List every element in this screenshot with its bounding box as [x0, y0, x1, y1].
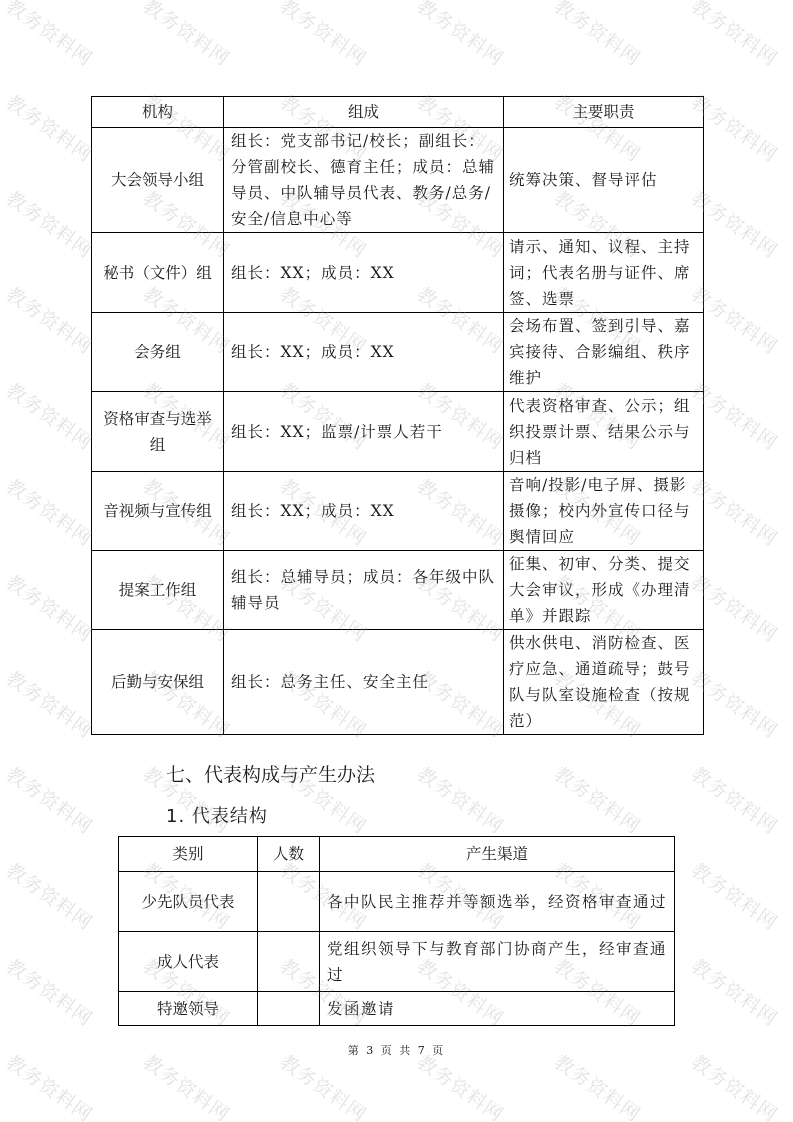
watermark-text: 教务资料网: [412, 0, 509, 71]
watermark-text: 教务资料网: [686, 0, 783, 71]
table-row: 少先队员代表 各中队民主推荐并等额选举，经资格审查通过: [119, 872, 675, 932]
watermark-text: 教务资料网: [138, 0, 235, 71]
org-cell: 音视频与宣传组: [92, 472, 224, 551]
org-cell: 提案工作组: [92, 551, 224, 630]
watermark-text: 教务资料网: [412, 760, 509, 839]
org-cell: 资格审查与选举组: [92, 392, 224, 472]
count-cell: [258, 872, 320, 932]
representative-structure-table: 类别 人数 产生渠道 少先队员代表 各中队民主推荐并等额选举，经资格审查通过 成…: [118, 836, 675, 1026]
channel-cell: 发函邀请: [320, 992, 675, 1026]
watermark-text: 教务资料网: [275, 1048, 372, 1122]
composition-cell: 组长：党支部书记/校长；副组长：分管副校长、德育主任；成员：总辅导员、中队辅导员…: [224, 128, 504, 233]
table-row: 大会领导小组 组长：党支部书记/校长；副组长：分管副校长、德育主任；成员：总辅导…: [92, 128, 704, 233]
duty-cell: 供水供电、消防检查、医疗应急、通道疏导；鼓号队与队室设施检查（按规范）: [504, 630, 704, 735]
table-row: 成人代表 党组织领导下与教育部门协商产生，经审查通过: [119, 932, 675, 992]
header-channel: 产生渠道: [320, 837, 675, 872]
duty-cell: 请示、通知、议程、主持词；代表名册与证件、席签、选票: [504, 233, 704, 313]
channel-cell: 各中队民主推荐并等额选举，经资格审查通过: [320, 872, 675, 932]
watermark-text: 教务资料网: [412, 1048, 509, 1122]
header-count: 人数: [258, 837, 320, 872]
org-cell: 后勤与安保组: [92, 630, 224, 735]
table-row: 会务组 组长：XX；成员：XX 会场布置、签到引导、嘉宾接待、合影编组、秩序维护: [92, 313, 704, 392]
composition-cell: 组长：总辅导员；成员：各年级中队辅导员: [224, 551, 504, 630]
watermark-text: 教务资料网: [549, 760, 646, 839]
watermark-text: 教务资料网: [1, 568, 98, 647]
watermark-text: 教务资料网: [1, 952, 98, 1031]
watermark-text: 教务资料网: [549, 1048, 646, 1122]
table-row: 资格审查与选举组 组长：XX；监票/计票人若干 代表资格审查、公示；组织投票计票…: [92, 392, 704, 472]
duty-cell: 统筹决策、督导评估: [504, 128, 704, 233]
composition-cell: 组长：XX；成员：XX: [224, 472, 504, 551]
watermark-text: 教务资料网: [686, 952, 783, 1031]
table-row: 音视频与宣传组 组长：XX；成员：XX 音响/投影/电子屏、摄影摄像；校内外宣传…: [92, 472, 704, 551]
duty-cell: 音响/投影/电子屏、摄影摄像；校内外宣传口径与舆情回应: [504, 472, 704, 551]
subsection-heading: 1. 代表结构: [166, 802, 268, 828]
watermark-text: 教务资料网: [1, 0, 98, 71]
duty-cell: 代表资格审查、公示；组织投票计票、结果公示与归档: [504, 392, 704, 472]
watermark-text: 教务资料网: [686, 856, 783, 935]
watermark-text: 教务资料网: [1, 376, 98, 455]
table-row: 秘书（文件）组 组长：XX；成员：XX 请示、通知、议程、主持词；代表名册与证件…: [92, 233, 704, 313]
watermark-text: 教务资料网: [1, 760, 98, 839]
channel-cell: 党组织领导下与教育部门协商产生，经审查通过: [320, 932, 675, 992]
category-cell: 成人代表: [119, 932, 258, 992]
watermark-text: 教务资料网: [549, 0, 646, 71]
header-category: 类别: [119, 837, 258, 872]
watermark-text: 教务资料网: [275, 0, 372, 71]
watermark-text: 教务资料网: [686, 1048, 783, 1122]
composition-cell: 组长：XX；监票/计票人若干: [224, 392, 504, 472]
composition-cell: 组长：XX；成员：XX: [224, 313, 504, 392]
composition-cell: 组长：XX；成员：XX: [224, 233, 504, 313]
table-header-row: 类别 人数 产生渠道: [119, 837, 675, 872]
duty-cell: 会场布置、签到引导、嘉宾接待、合影编组、秩序维护: [504, 313, 704, 392]
org-cell: 会务组: [92, 313, 224, 392]
watermark-text: 教务资料网: [1, 88, 98, 167]
organization-table: 机构 组成 主要职责 大会领导小组 组长：党支部书记/校长；副组长：分管副校长、…: [91, 96, 704, 735]
table-row: 提案工作组 组长：总辅导员；成员：各年级中队辅导员 征集、初审、分类、提交大会审…: [92, 551, 704, 630]
org-cell: 秘书（文件）组: [92, 233, 224, 313]
watermark-text: 教务资料网: [1, 280, 98, 359]
document-page: 机构 组成 主要职责 大会领导小组 组长：党支部书记/校长；副组长：分管副校长、…: [0, 0, 793, 1122]
page-number: 第 3 页 共 7 页: [0, 1042, 793, 1058]
watermark-text: 教务资料网: [1, 664, 98, 743]
org-cell: 大会领导小组: [92, 128, 224, 233]
watermark-text: 教务资料网: [1, 184, 98, 263]
watermark-text: 教务资料网: [138, 1048, 235, 1122]
watermark-text: 教务资料网: [1, 856, 98, 935]
watermark-text: 教务资料网: [686, 760, 783, 839]
header-org: 机构: [92, 97, 224, 128]
watermark-text: 教务资料网: [1, 472, 98, 551]
header-duty: 主要职责: [504, 97, 704, 128]
category-cell: 少先队员代表: [119, 872, 258, 932]
watermark-text: 教务资料网: [1, 1048, 98, 1122]
count-cell: [258, 932, 320, 992]
category-cell: 特邀领导: [119, 992, 258, 1026]
composition-cell: 组长：总务主任、安全主任: [224, 630, 504, 735]
header-composition: 组成: [224, 97, 504, 128]
count-cell: [258, 992, 320, 1026]
table-header-row: 机构 组成 主要职责: [92, 97, 704, 128]
table-row: 后勤与安保组 组长：总务主任、安全主任 供水供电、消防检查、医疗应急、通道疏导；…: [92, 630, 704, 735]
duty-cell: 征集、初审、分类、提交大会审议，形成《办理清单》并跟踪: [504, 551, 704, 630]
table-row: 特邀领导 发函邀请: [119, 992, 675, 1026]
section-heading: 七、代表构成与产生办法: [166, 760, 375, 787]
